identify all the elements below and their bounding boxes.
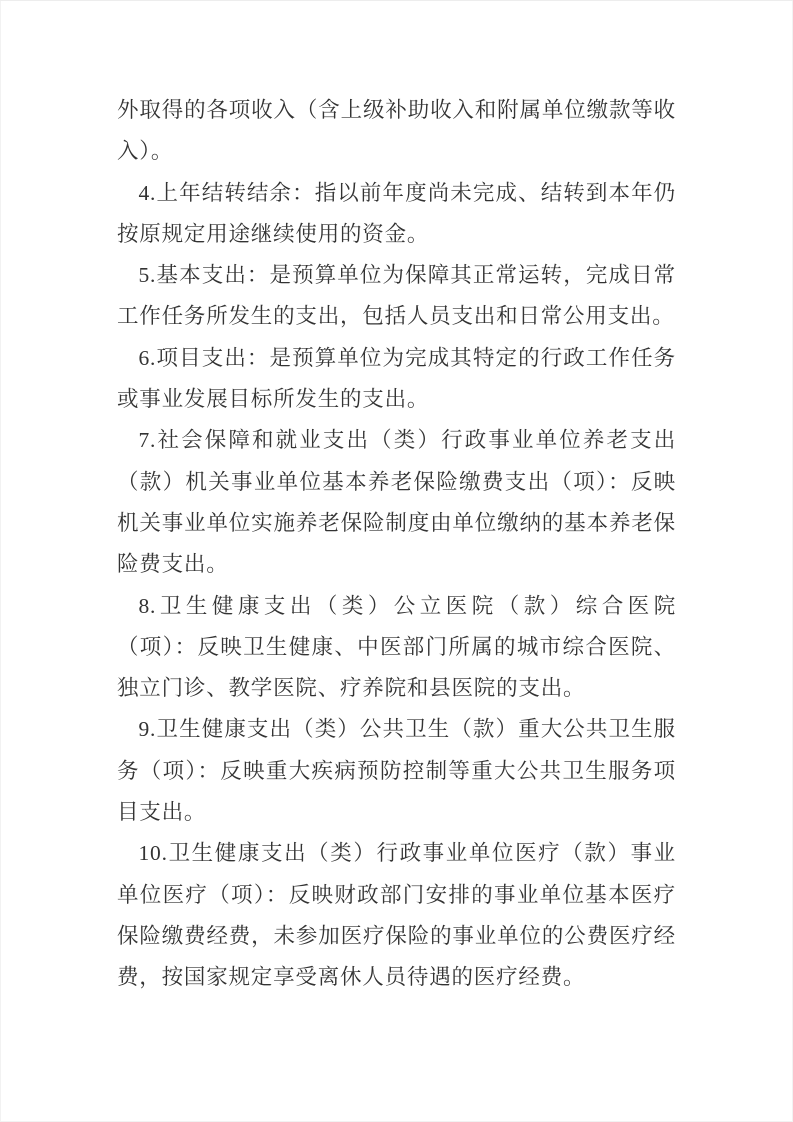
text-block: 外取得的各项收入（含上级补助收入和附属单位缴款等收入）。4.上年结转结余：指以前… <box>117 90 676 999</box>
paragraph-item-10: 10.卫生健康支出（类）行政事业单位医疗（款）事业单位医疗（项）：反映财政部门安… <box>117 833 676 998</box>
page-top-edge <box>0 0 793 1</box>
paragraph-continuation: 外取得的各项收入（含上级补助收入和附属单位缴款等收入）。 <box>117 90 676 173</box>
paragraph-item-7: 7.社会保障和就业支出（类）行政事业单位养老支出（款）机关事业单位基本养老保险缴… <box>117 420 676 585</box>
paragraph-item-4: 4.上年结转结余：指以前年度尚未完成、结转到本年仍按原规定用途继续使用的资金。 <box>117 173 676 256</box>
paragraph-item-9: 9.卫生健康支出（类）公共卫生（款）重大公共卫生服务（项）：反映重大疾病预防控制… <box>117 709 676 833</box>
document-page: 外取得的各项收入（含上级补助收入和附属单位缴款等收入）。4.上年结转结余：指以前… <box>0 0 793 1122</box>
paragraph-item-8: 8.卫生健康支出（类）公立医院（款）综合医院（项）：反映卫生健康、中医部门所属的… <box>117 586 676 710</box>
paragraph-item-5: 5.基本支出：是预算单位为保障其正常运转，完成日常工作任务所发生的支出，包括人员… <box>117 255 676 338</box>
paragraph-item-6: 6.项目支出：是预算单位为完成其特定的行政工作任务或事业发展目标所发生的支出。 <box>117 338 676 421</box>
